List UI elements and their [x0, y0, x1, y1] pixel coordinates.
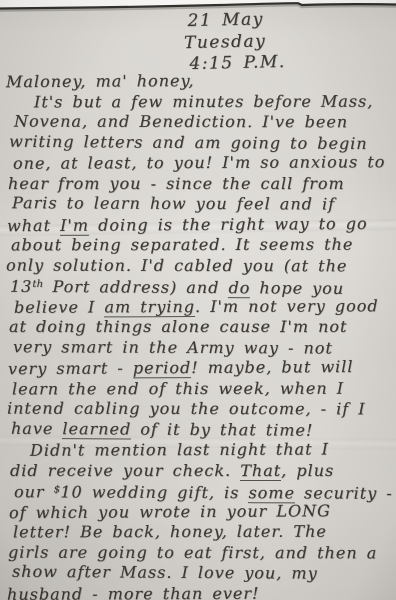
letter-line: at doing things alone cause I'm not — [9, 317, 394, 338]
text-segment: have — [11, 418, 63, 437]
letter-body: Maloney, ma' honey,It's but a few minute… — [6, 71, 394, 600]
underlined-text: learned — [62, 419, 131, 439]
text-segment: Novena, and Benediction. I've been — [14, 112, 348, 132]
underlined-text: more — [108, 584, 154, 600]
text-segment: ! — [252, 583, 260, 600]
handwritten-letter-photo: 21 May Tuesday 4:15 P.M. Maloney, ma' ho… — [0, 0, 396, 600]
letter-line: 13th Port address) and do hope you — [10, 275, 394, 298]
letter-line: have learned of it by that time! — [11, 418, 394, 441]
text-segment: hope you — [250, 278, 344, 298]
letter-day: Tuesday — [184, 30, 286, 54]
text-segment: believe I — [14, 297, 105, 316]
text-segment: at doing things alone cause I'm not — [9, 317, 347, 336]
text-segment: hear from you - since the call from — [8, 174, 345, 193]
text-segment: learn the end of this week, when I — [12, 378, 344, 398]
text-segment: , plus — [281, 461, 334, 480]
underlined-text: ever — [212, 583, 252, 600]
letter-line: writing letters and am going to begin — [9, 131, 394, 154]
letter-line: one, at least, to you! I'm so anxious to — [13, 152, 394, 174]
letter-line: Novena, and Benediction. I've been — [14, 112, 394, 133]
letter-date: 21 May — [187, 9, 285, 33]
text-segment: 10 wedding gift, is — [60, 482, 248, 502]
underlined-text: That — [240, 461, 281, 481]
letter-line: Maloney, ma' honey, — [6, 70, 394, 93]
text-segment: very smart - — [8, 358, 133, 378]
text-segment: only solution. I'd cabled you (at the — [6, 255, 347, 275]
text-segment: 13 — [10, 277, 32, 296]
letter-line: learn the end of this week, when I — [12, 378, 394, 399]
letter-line: husband - more than ever! — [7, 583, 394, 600]
text-segment: . I'm not very good — [195, 296, 379, 316]
text-segment: girls are going to eat first, and then a — [8, 542, 377, 562]
letter-line: about being separated. It seems the — [11, 235, 394, 256]
underlined-text: do — [228, 278, 250, 298]
letter-line: very smart - period! maybe, but will — [8, 357, 394, 380]
text-segment: It's but a few minutes before Mass, — [34, 91, 373, 111]
letter-line: of which you wrote in your LONG — [9, 500, 394, 523]
text-segment: husband - — [7, 584, 108, 600]
text-segment: Port address) and — [43, 277, 228, 297]
text-segment: doing is the right way to go — [89, 213, 368, 234]
letter-line: letter! Be back, honey, later. The — [13, 522, 394, 543]
text-segment: of it by that time! — [131, 419, 313, 439]
text-segment: very smart in the Army way - not — [13, 337, 333, 357]
text-segment: did receive your check. — [10, 461, 240, 480]
date-block: 21 May Tuesday 4:15 P.M. — [187, 9, 286, 76]
letter-line: Paris to learn how you feel and if — [12, 193, 394, 215]
text-segment: our — [14, 482, 54, 501]
text-segment: what — [7, 215, 60, 234]
text-segment: letter! Be back, honey, later. The — [13, 522, 327, 542]
underlined-text: I'm — [60, 215, 89, 235]
text-segment: ! maybe, but will — [191, 357, 353, 377]
letter-line: Didn't mention last night that I — [30, 439, 394, 461]
letter-line: girls are going to eat first, and then a — [8, 542, 394, 563]
underlined-text: period — [133, 358, 191, 378]
letter-line: It's but a few minutes before Mass, — [34, 91, 394, 112]
letter-line: intend cabling you the outcome, - if I — [7, 399, 394, 420]
superscript-text: th — [32, 279, 43, 290]
letter-line: show after Mass. I love you, my — [12, 562, 394, 585]
text-segment: Maloney, ma' honey, — [6, 71, 195, 91]
letter-line: did receive your check. That, plus — [10, 461, 394, 482]
text-segment: about being separated. It seems the — [11, 235, 353, 255]
text-segment: of which you wrote in your LONG — [9, 501, 331, 522]
letter-line: our $10 wedding gift, is some security - — [14, 480, 394, 502]
letter-line: hear from you - since the call from — [8, 174, 394, 195]
text-segment: show after Mass. I love you, my — [12, 562, 318, 583]
text-segment: security - — [295, 483, 393, 502]
letter-line: only solution. I'd cabled you (at the — [6, 255, 394, 276]
letter-line: believe I am trying. I'm not very good — [14, 296, 394, 318]
letter-line: what I'm doing is the right way to go — [7, 213, 394, 236]
letter-line: very smart in the Army way - not — [13, 337, 394, 359]
text-segment: Didn't mention last night that I — [30, 440, 329, 460]
text-segment: intend cabling you the outcome, - if I — [7, 399, 366, 419]
text-segment: writing letters and am going to begin — [9, 131, 368, 152]
underlined-text: some — [248, 483, 295, 503]
text-segment: one, at least, to you! I'm so anxious to — [13, 152, 385, 173]
text-segment: than — [154, 583, 213, 600]
underlined-text: am trying — [104, 297, 195, 317]
text-segment: Paris to learn how you feel and if — [12, 193, 335, 213]
